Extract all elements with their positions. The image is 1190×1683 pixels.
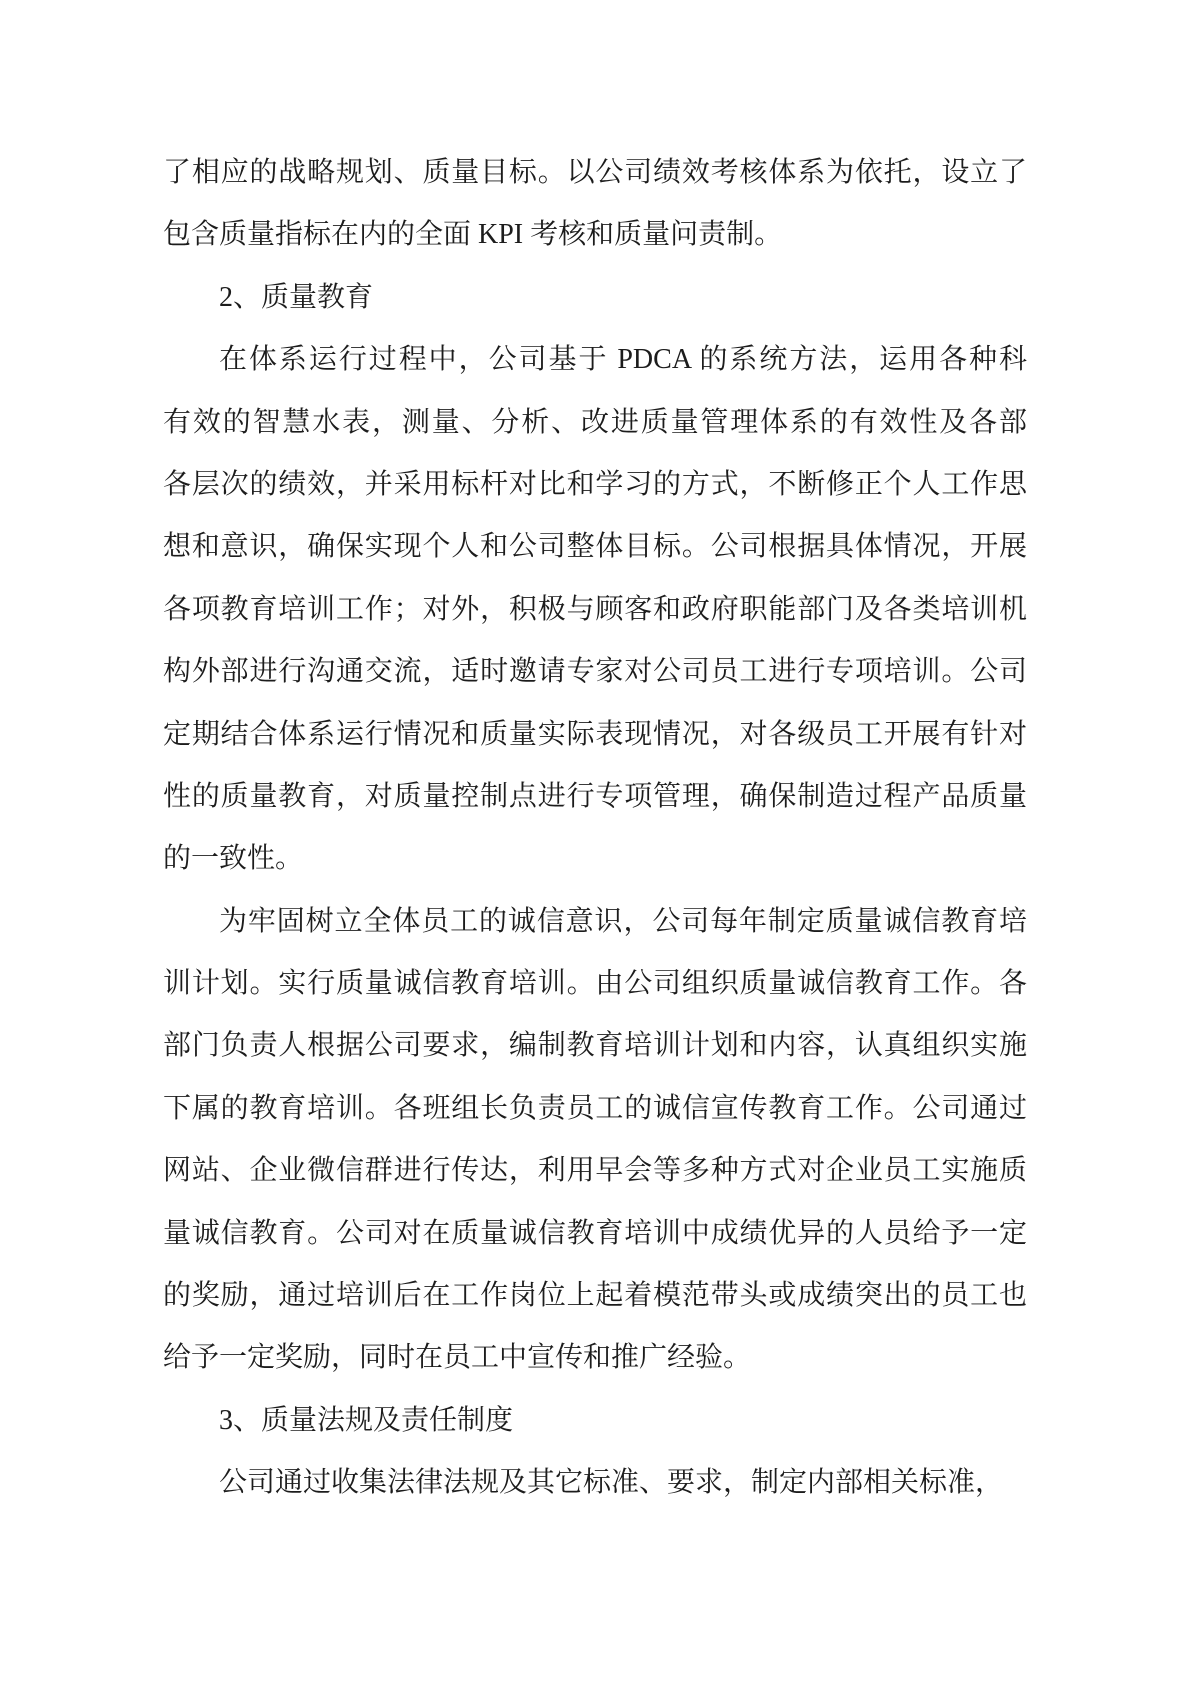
text-line: 下属的教育培训。各班组长负责员工的诚信宣传教育工作。公司通过 — [163, 1078, 1027, 1140]
text-line: 2、质量教育 — [163, 267, 1027, 329]
text-line: 为牢固树立全体员工的诚信意识，公司每年制定质量诚信教育培 — [163, 891, 1027, 953]
text-line: 包含质量指标在内的全面 KPI 考核和质量问责制。 — [163, 204, 1027, 266]
text-line: 了相应的战略规划、质量目标。以公司绩效考核体系为依托，设立了 — [163, 142, 1027, 204]
text-line: 的奖励，通过培训后在工作岗位上起着模范带头或成绩突出的员工也 — [163, 1265, 1027, 1327]
text-line: 给予一定奖励，同时在员工中宣传和推广经验。 — [163, 1327, 1027, 1389]
document-page: 了相应的战略规划、质量目标。以公司绩效考核体系为依托，设立了包含质量指标在内的全… — [0, 0, 1190, 1683]
text-line: 的一致性。 — [163, 828, 1027, 890]
text-line: 量诚信教育。公司对在质量诚信教育培训中成绩优异的人员给予一定 — [163, 1203, 1027, 1265]
text-line: 定期结合体系运行情况和质量实际表现情况，对各级员工开展有针对 — [163, 704, 1027, 766]
text-line: 构外部进行沟通交流，适时邀请专家对公司员工进行专项培训。公司 — [163, 641, 1027, 703]
text-line: 网站、企业微信群进行传达，利用早会等多种方式对企业员工实施质 — [163, 1140, 1027, 1202]
text-line: 公司通过收集法律法规及其它标准、要求，制定内部相关标准， — [163, 1452, 1027, 1514]
text-line: 有效的智慧水表，测量、分析、改进质量管理体系的有效性及各部门、 — [163, 392, 1027, 454]
text-line: 训计划。实行质量诚信教育培训。由公司组织质量诚信教育工作。各 — [163, 953, 1027, 1015]
text-line: 在体系运行过程中，公司基于 PDCA 的系统方法，运用各种科学、 — [163, 329, 1027, 391]
text-line: 想和意识，确保实现个人和公司整体目标。公司根据具体情况，开展 — [163, 516, 1027, 578]
text-line: 部门负责人根据公司要求，编制教育培训计划和内容，认真组织实施 — [163, 1015, 1027, 1077]
text-line: 性的质量教育，对质量控制点进行专项管理，确保制造过程产品质量 — [163, 766, 1027, 828]
text-line: 各项教育培训工作；对外，积极与顾客和政府职能部门及各类培训机 — [163, 579, 1027, 641]
text-line: 各层次的绩效，并采用标杆对比和学习的方式，不断修正个人工作思 — [163, 454, 1027, 516]
text-column: 了相应的战略规划、质量目标。以公司绩效考核体系为依托，设立了包含质量指标在内的全… — [163, 142, 1027, 1515]
text-line: 3、质量法规及责任制度 — [163, 1390, 1027, 1452]
